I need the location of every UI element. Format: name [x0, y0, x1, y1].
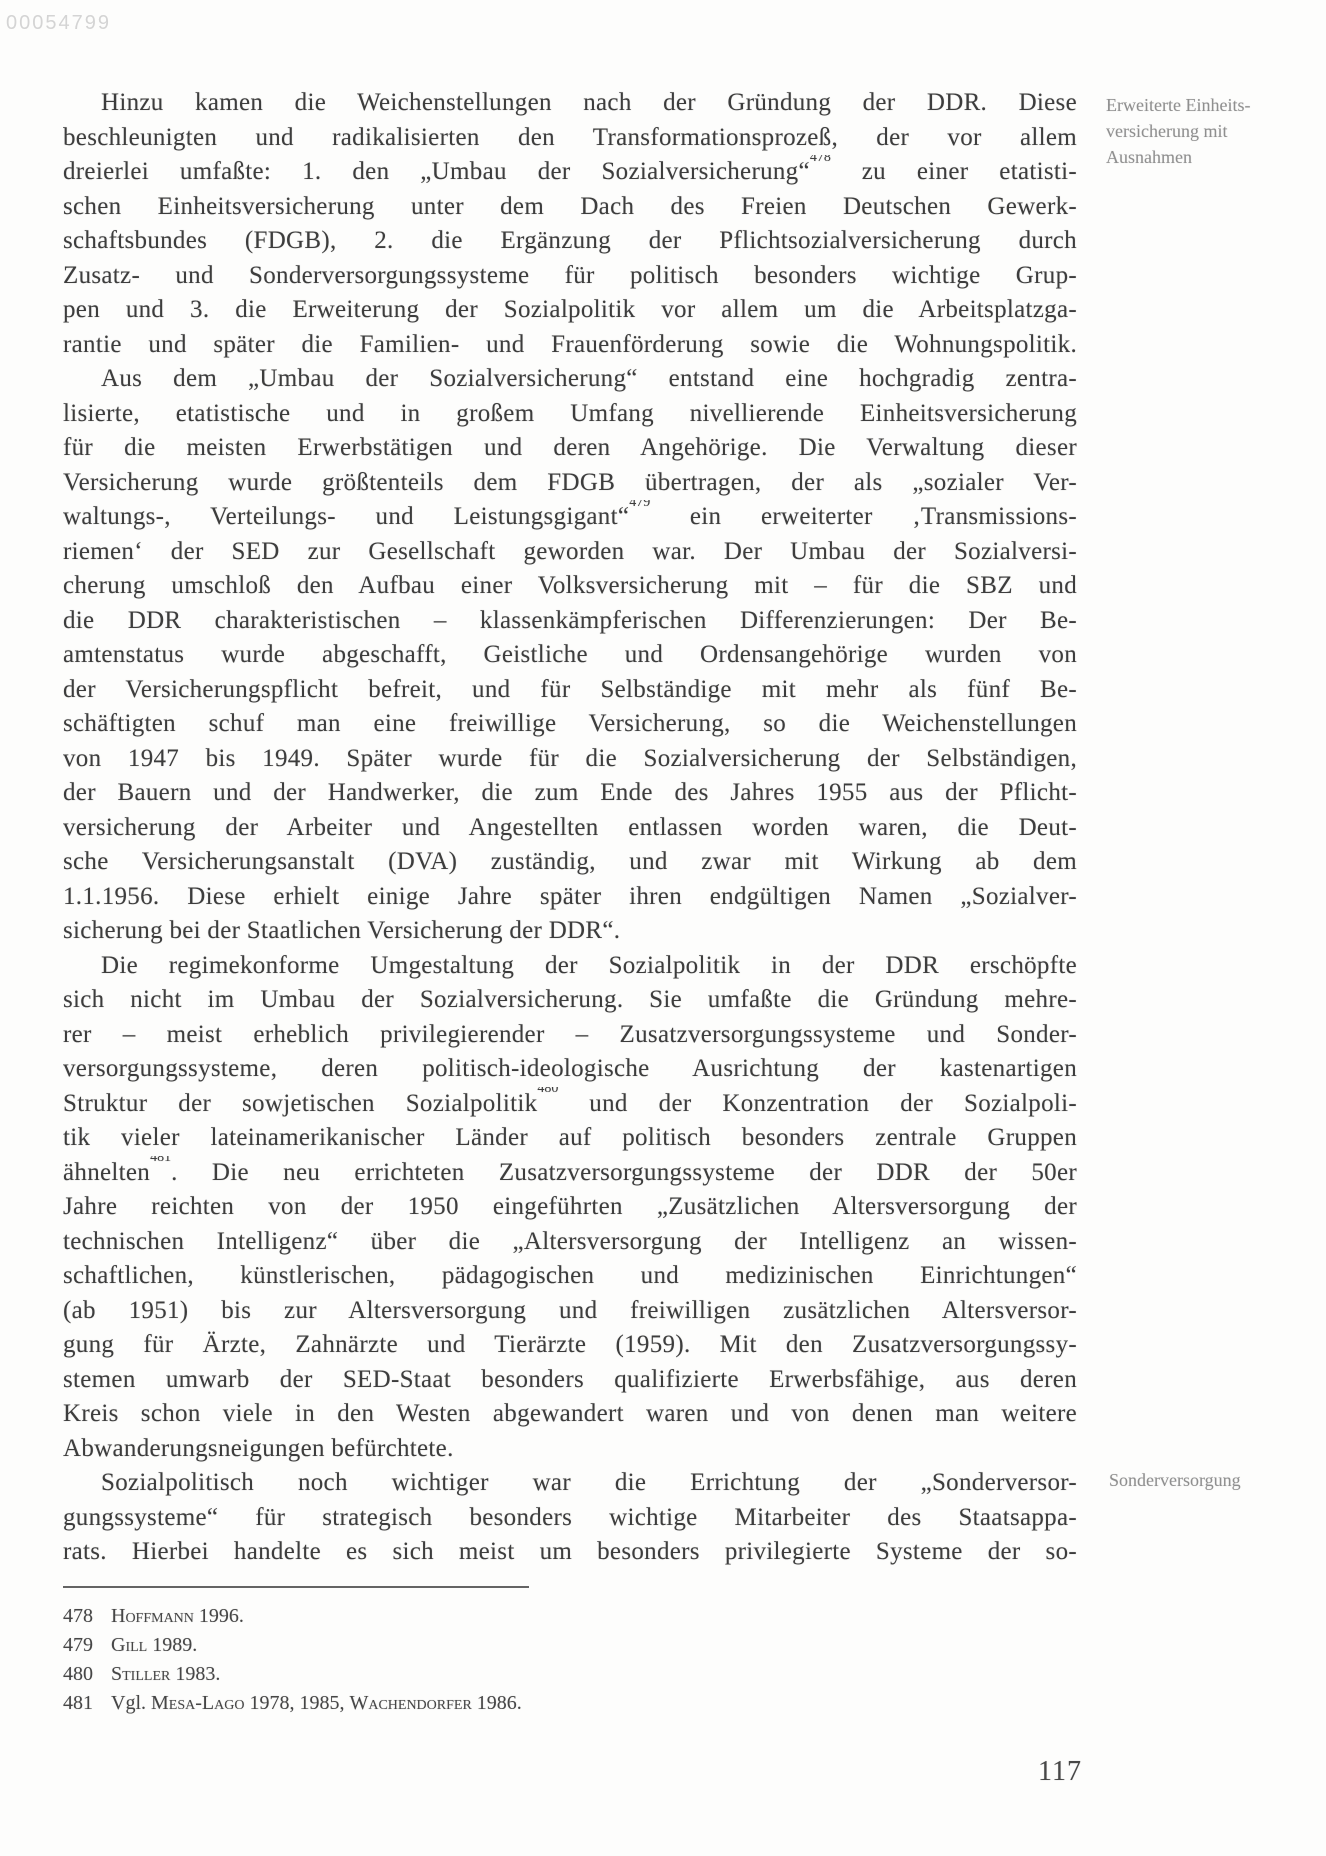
text-line: Kreis schon viele in den Westen abgewand…: [63, 1397, 1077, 1432]
footnote-text: Vgl. Mesa-Lago 1978, 1985, Wachendorfer …: [111, 1692, 522, 1714]
margin-note-line: Sonderversorgung: [1109, 1467, 1319, 1493]
footnote-number: 479: [63, 1631, 111, 1660]
text-line: waltungs-, Verteilungs- und Leistungsgig…: [63, 500, 1077, 535]
text-line: riemen‘ der SED zur Gesellschaft geworde…: [63, 535, 1077, 570]
text-line: tik vieler lateinamerikanischer Länder a…: [63, 1121, 1077, 1156]
text-line: amtenstatus wurde abgeschafft, Geistlich…: [63, 638, 1077, 673]
text-line: Abwanderungsneigungen befürchtete.: [63, 1432, 1077, 1467]
body-text: Hinzu kamen die Weichenstellungen nach d…: [63, 86, 1077, 1570]
text-line: lisierte, etatistische und in großem Umf…: [63, 397, 1077, 432]
footnote-marker: 480: [537, 1087, 558, 1097]
text-line: von 1947 bis 1949. Später wurde für die …: [63, 742, 1077, 777]
footnote-separator: [63, 1586, 529, 1588]
text-line: schäftigten schuf man eine freiwillige V…: [63, 707, 1077, 742]
text-line: stemen umwarb der SED-Staat besonders qu…: [63, 1363, 1077, 1398]
footnote-number: 480: [63, 1660, 111, 1689]
text-line: Zusatz- und Sonderversorgungssysteme für…: [63, 259, 1077, 294]
text-line: pen und 3. die Erweiterung der Sozialpol…: [63, 293, 1077, 328]
text-line: sche Versicherungsanstalt (DVA) zuständi…: [63, 845, 1077, 880]
page-number: 117: [1038, 1756, 1082, 1788]
text-line: versorgungssysteme, deren politisch-ideo…: [63, 1052, 1077, 1087]
text-line: cherung umschloß den Aufbau einer Volksv…: [63, 569, 1077, 604]
footnote-text: Gill 1989.: [111, 1634, 197, 1656]
text-line: der Bauern und der Handwerker, die zum E…: [63, 776, 1077, 811]
text-line: für die meisten Erwerbstätigen und deren…: [63, 431, 1077, 466]
text-line: schaftsbundes (FDGB), 2. die Ergänzung d…: [63, 224, 1077, 259]
footnote-number: 478: [63, 1602, 111, 1631]
footnote-marker: 479: [629, 500, 650, 510]
footnote-number: 481: [63, 1689, 111, 1718]
text-line: die DDR charakteristischen – klassenkämp…: [63, 604, 1077, 639]
text-line: sich nicht im Umbau der Sozialversicheru…: [63, 983, 1077, 1018]
text-line: (ab 1951) bis zur Altersversorgung und f…: [63, 1294, 1077, 1329]
text-line: gungssysteme“ für strategisch besonders …: [63, 1501, 1077, 1536]
footnote-marker: 481: [150, 1156, 171, 1166]
text-line: dreierlei umfaßte: 1. den „Umbau der Soz…: [63, 155, 1077, 190]
text-line: sicherung bei der Staatlichen Versicheru…: [63, 914, 1077, 949]
text-line: der Versicherungspflicht befreit, und fü…: [63, 673, 1077, 708]
book-page: 00054799 Hinzu kamen die Weichenstellung…: [0, 0, 1326, 1856]
text-line: ähnelten481. Die neu errichteten Zusatzv…: [63, 1156, 1077, 1191]
text-line: rer – meist erheblich privilegierender –…: [63, 1018, 1077, 1053]
text-line: technischen Intelligenz“ über die „Alter…: [63, 1225, 1077, 1260]
text-line: Jahre reichten von der 1950 eingeführten…: [63, 1190, 1077, 1225]
text-line: Struktur der sowjetischen Sozialpolitik4…: [63, 1087, 1077, 1122]
paragraph: Die regimekonforme Umgestaltung der Sozi…: [63, 949, 1077, 1467]
margin-note-line: Erweiterte Einheits-: [1106, 92, 1316, 118]
paragraph: Hinzu kamen die Weichenstellungen nach d…: [63, 86, 1077, 362]
footnote-marker: 478: [810, 155, 831, 165]
margin-note-line: versicherung mit: [1106, 118, 1316, 144]
text-line: Die regimekonforme Umgestaltung der Sozi…: [63, 949, 1077, 984]
footnote: 478Hoffmann 1996.: [63, 1602, 963, 1631]
text-line: schen Einheitsversicherung unter dem Dac…: [63, 190, 1077, 225]
text-line: Hinzu kamen die Weichenstellungen nach d…: [63, 86, 1077, 121]
text-line: gung für Ärzte, Zahnärzte und Tierärzte …: [63, 1328, 1077, 1363]
margin-note-line: Ausnahmen: [1106, 144, 1316, 170]
text-line: schaftlichen, künstlerischen, pädagogisc…: [63, 1259, 1077, 1294]
footnote: 479Gill 1989.: [63, 1631, 963, 1660]
text-line: beschleunigten und radikalisierten den T…: [63, 121, 1077, 156]
paragraph: Aus dem „Umbau der Sozialversicherung“ e…: [63, 362, 1077, 949]
scan-stamp: 00054799: [6, 12, 111, 35]
text-line: Sozialpolitisch noch wichtiger war die E…: [63, 1466, 1077, 1501]
paragraph: Sozialpolitisch noch wichtiger war die E…: [63, 1466, 1077, 1570]
text-line: rats. Hierbei handelte es sich meist um …: [63, 1535, 1077, 1570]
text-line: 1.1.1956. Diese erhielt einige Jahre spä…: [63, 880, 1077, 915]
footnote: 480Stiller 1983.: [63, 1660, 963, 1689]
margin-note-einheitsversicherung: Erweiterte Einheits-versicherung mitAusn…: [1106, 92, 1316, 170]
text-line: versicherung der Arbeiter und Angestellt…: [63, 811, 1077, 846]
text-line: Versicherung wurde größtenteils dem FDGB…: [63, 466, 1077, 501]
margin-note-sonderversorgung: Sonderversorgung: [1109, 1467, 1319, 1493]
footnote-text: Hoffmann 1996.: [111, 1605, 244, 1627]
footnotes: 478Hoffmann 1996.479Gill 1989.480Stiller…: [63, 1602, 963, 1718]
footnote-text: Stiller 1983.: [111, 1663, 220, 1685]
text-line: rantie und später die Familien- und Frau…: [63, 328, 1077, 363]
text-line: Aus dem „Umbau der Sozialversicherung“ e…: [63, 362, 1077, 397]
footnote: 481Vgl. Mesa-Lago 1978, 1985, Wachendorf…: [63, 1689, 963, 1718]
